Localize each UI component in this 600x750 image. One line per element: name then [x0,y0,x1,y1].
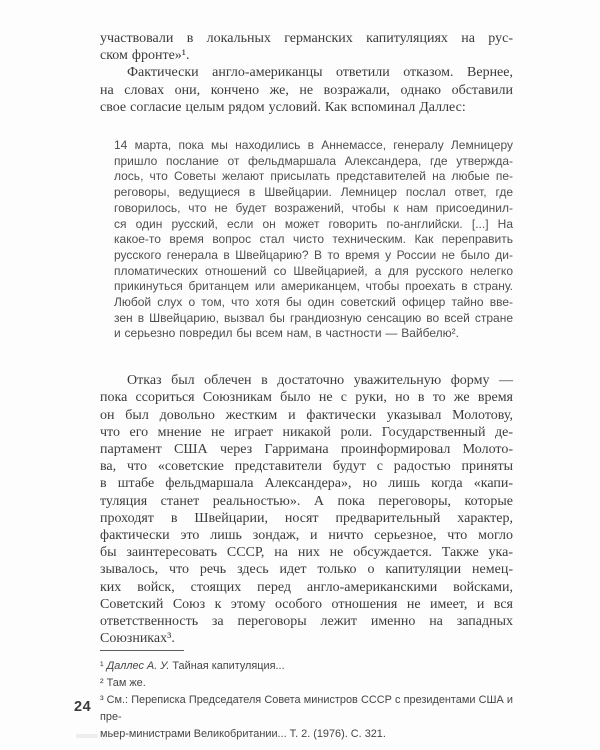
footnote-text-line: ³См.: Переписка Председателя Совета мини… [100,692,513,726]
footnote-marker: ³ [100,694,104,706]
text-line: и серьезно повредил бы всем нам, в частн… [114,326,513,342]
footnotes-block: ¹Даллес А. У.Тайная капитуляция... ²Там … [100,658,513,743]
text-line: лось, что Советы желают присылать предст… [114,169,513,185]
text-line: пока ссориться Союзникам было не с руки,… [100,389,513,406]
text-line: 14 марта, пока мы находились в Аннемассе… [114,138,513,154]
text-line: Любой слух о том, что хотя бы один совет… [114,295,513,311]
footnote-text: Тайная капитуляция... [172,660,284,672]
text-line: он был довольно жестким и фактически ука… [100,407,513,424]
text-line: пришло послание от фельдмаршала Александ… [114,154,513,170]
text-line: Союзниках³. [100,630,513,647]
text-line: свое согласие целым рядом условий. Как в… [100,99,513,116]
text-line: бы заинтересовать СССР, на них не обсужд… [100,544,513,561]
paragraph-continuation: участвовали в локальных германских капит… [100,30,513,64]
text-line: Отказ был облечен в достаточно уважитель… [100,372,513,389]
text-line: какое-то время вопрос стал чисто техниче… [114,232,513,248]
footnote-text: Там же. [107,677,146,689]
footnote-text: См.: Переписка Председателя Совета минис… [100,694,513,723]
footnote-2: ²Там же. [100,675,513,692]
text-line: Советский Союз к этому особого отношения… [100,596,513,613]
footnote-marker: ² [100,677,104,689]
text-line: ответственность за переговоры лежит имен… [100,613,513,630]
text-line: что его мнение не играет никакой роли. Г… [100,424,513,441]
text-line: участвовали в локальных германских капит… [100,30,513,47]
text-line: фактически это лишь зондаж, и ничто серь… [100,527,513,544]
text-line: ва, что «советские представители будут с… [100,458,513,475]
footnote-marker: ¹ [100,660,104,672]
text-line: ся один русский, если он может говорить … [114,217,513,233]
text-line: на словах они, кончено же, не возражали,… [100,82,513,99]
text-line: туляция станет реальностью». А пока пере… [100,493,513,510]
footnote-1: ¹Даллес А. У.Тайная капитуляция... [100,658,513,675]
text-line: проходят в Швейцарии, носят предваритель… [100,510,513,527]
text-line: пломатических отношений со Швейцарией, а… [114,264,513,280]
page-number: 24 [74,699,91,715]
footnote-text-line: мьер-министрами Великобритании... Т. 2. … [100,726,513,743]
text-line: реговоры, ведущиеся в Швейцарии. Лемнице… [114,185,513,201]
paragraph-intro: Фактически англо-американцы ответили отк… [100,64,513,116]
text-column: участвовали в локальных германских капит… [100,30,513,743]
block-quote-dulles-memoir: 14 марта, пока мы находились в Аннемассе… [114,138,513,342]
book-page: участвовали в локальных германских капит… [0,0,600,750]
text-line: партамент США через Гарримана проинформи… [100,441,513,458]
paragraph-refusal: Отказ был облечен в достаточно уважитель… [100,372,513,647]
text-line: русского генерала в Швейцарию? В то врем… [114,248,513,264]
footnote-divider [100,650,184,651]
text-line: ких войск, стоящих перед англо-американс… [100,579,513,596]
footnote-author: Даллес А. У. [107,660,170,672]
text-line: говорилось, что не будет возражений, что… [114,201,513,217]
page-edge-smudge [76,734,98,738]
text-line: прикинуться британцем или американцем, ч… [114,279,513,295]
footnote-3: ³См.: Переписка Председателя Совета мини… [100,692,513,743]
text-line: ском фронте»¹. [100,47,513,64]
text-line: в штабе фельдмаршала Александера», но ли… [100,475,513,492]
text-line: зен в Швейцарию, вызвал бы грандиозную с… [114,311,513,327]
text-line: Фактически англо-американцы ответили отк… [100,64,513,81]
text-line: зывалось, что речь здесь идет только о к… [100,561,513,578]
